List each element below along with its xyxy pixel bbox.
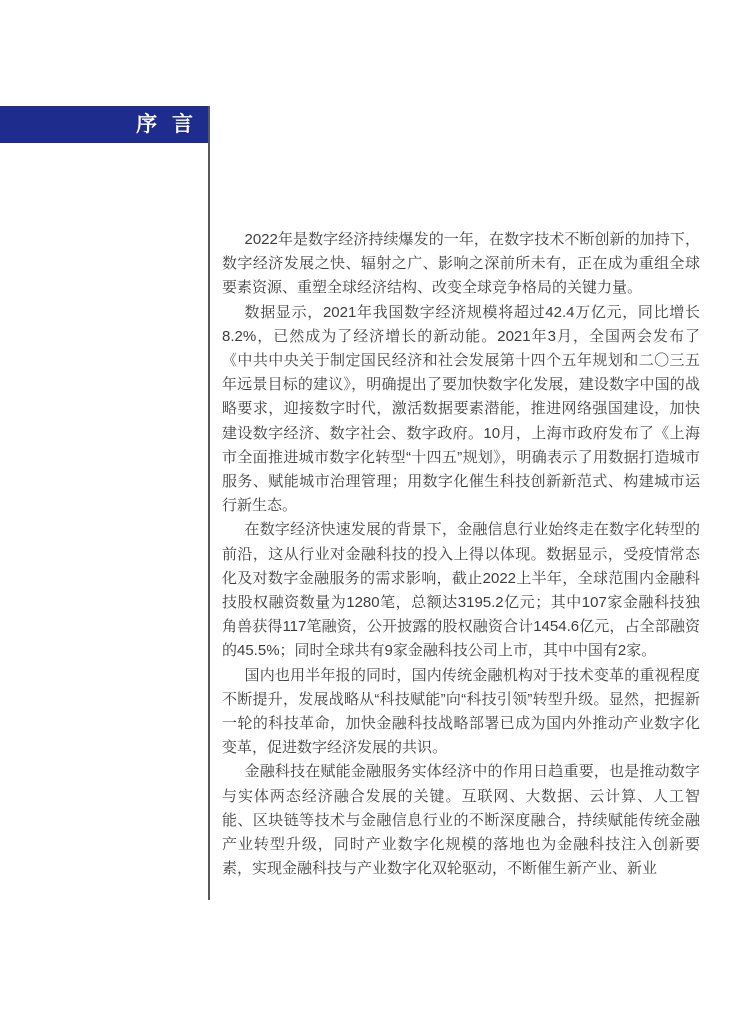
paragraph-4: 国内也用半年报的同时，国内传统金融机构对于技术变革的重视程度不断提升，发展战略从… [222,664,700,761]
paragraph-5: 金融科技在赋能金融服务实体经济中的作用日趋重要，也是推动数字与实体两态经济融合发… [222,760,700,881]
page-title: 序 言 [136,114,194,135]
section-title-banner: 序 言 [0,106,210,143]
vertical-rule [208,106,210,900]
paragraph-3: 在数字经济快速发展的背景下，金融信息行业始终走在数字化转型的前沿，这从行业对金融… [222,518,700,663]
preface-body: 2022年是数字经济持续爆发的一年，在数字技术不断创新的加持下，数字经济发展之快… [222,228,700,881]
paragraph-1: 2022年是数字经济持续爆发的一年，在数字技术不断创新的加持下，数字经济发展之快… [222,228,700,301]
paragraph-2: 数据显示，2021年我国数字经济规模将超过42.4万亿元，同比增长8.2%，已然… [222,301,700,519]
preface-page: 序 言 2022年是数字经济持续爆发的一年，在数字技术不断创新的加持下，数字经济… [0,0,729,1024]
